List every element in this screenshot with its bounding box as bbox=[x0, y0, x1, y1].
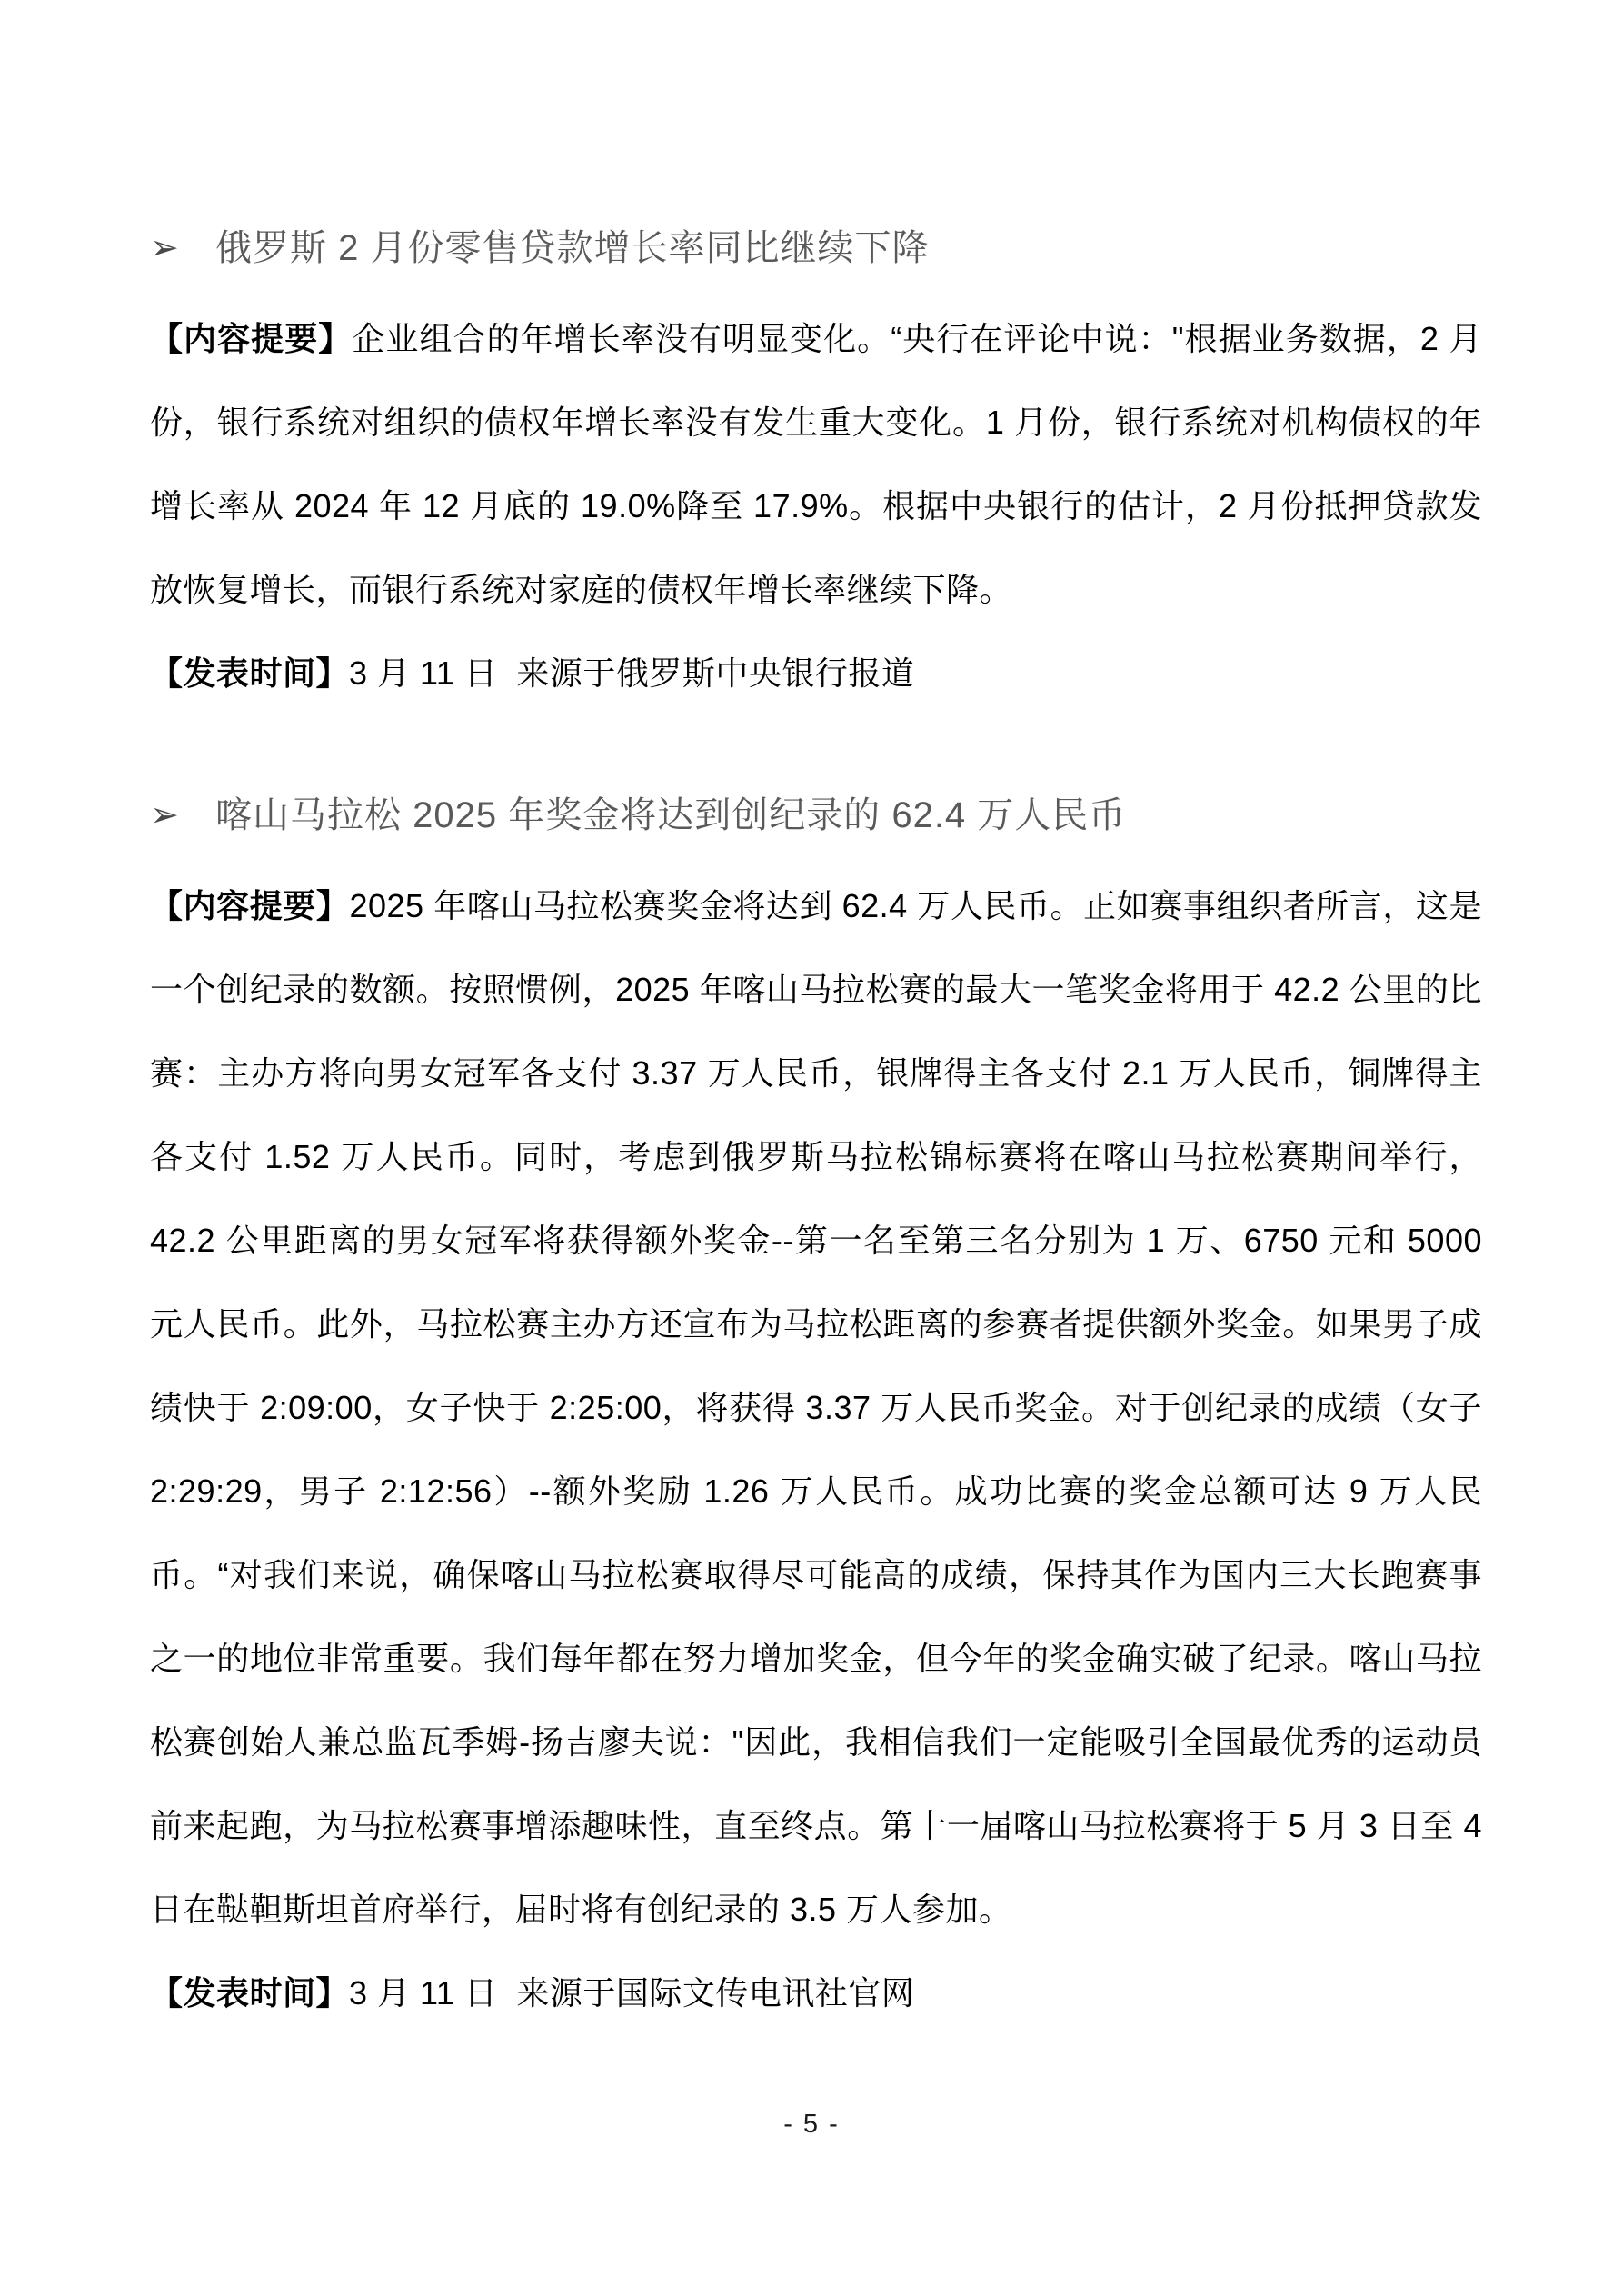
publish-label: 【发表时间】 bbox=[150, 1974, 349, 2011]
summary-text: 2025 年喀山马拉松赛奖金将达到 62.4 万人民币。正如赛事组织者所言，这是… bbox=[150, 887, 1482, 1928]
section-heading-text: 喀山马拉松 2025 年奖金将达到创纪录的 62.4 万人民币 bbox=[215, 774, 1126, 857]
summary-paragraph: 【内容提要】2025 年喀山马拉松赛奖金将达到 62.4 万人民币。正如赛事组织… bbox=[150, 864, 1482, 1952]
arrow-bullet-icon: ➢ bbox=[150, 206, 215, 290]
summary-paragraph: 【内容提要】企业组合的年增长率没有明显变化。“央行在评论中说："根据业务数据，2… bbox=[150, 297, 1482, 632]
document-page: ➢ 俄罗斯 2 月份零售贷款增长率同比继续下降 【内容提要】企业组合的年增长率没… bbox=[0, 0, 1623, 2296]
news-section-russia-retail-loans: ➢ 俄罗斯 2 月份零售贷款增长率同比继续下降 【内容提要】企业组合的年增长率没… bbox=[150, 206, 1482, 715]
summary-text: 企业组合的年增长率没有明显变化。“央行在评论中说："根据业务数据，2 月份，银行… bbox=[150, 320, 1482, 608]
summary-label: 【内容提要】 bbox=[150, 320, 352, 357]
page-number: - 5 - bbox=[0, 2110, 1623, 2140]
news-section-kazan-marathon: ➢ 喀山马拉松 2025 年奖金将达到创纪录的 62.4 万人民币 【内容提要】… bbox=[150, 774, 1482, 2035]
publish-text: 3 月 11 日 来源于国际文传电讯社官网 bbox=[349, 1974, 914, 2011]
section-heading: ➢ 喀山马拉松 2025 年奖金将达到创纪录的 62.4 万人民币 bbox=[150, 774, 1482, 857]
publish-text: 3 月 11 日 来源于俄罗斯中央银行报道 bbox=[349, 654, 914, 692]
section-heading-text: 俄罗斯 2 月份零售贷款增长率同比继续下降 bbox=[215, 206, 929, 290]
arrow-bullet-icon: ➢ bbox=[150, 774, 215, 857]
publish-line: 【发表时间】3 月 11 日 来源于国际文传电讯社官网 bbox=[150, 1952, 1482, 2035]
section-heading: ➢ 俄罗斯 2 月份零售贷款增长率同比继续下降 bbox=[150, 206, 1482, 290]
publish-line: 【发表时间】3 月 11 日 来源于俄罗斯中央银行报道 bbox=[150, 632, 1482, 715]
summary-label: 【内容提要】 bbox=[150, 887, 349, 924]
publish-label: 【发表时间】 bbox=[150, 654, 349, 692]
